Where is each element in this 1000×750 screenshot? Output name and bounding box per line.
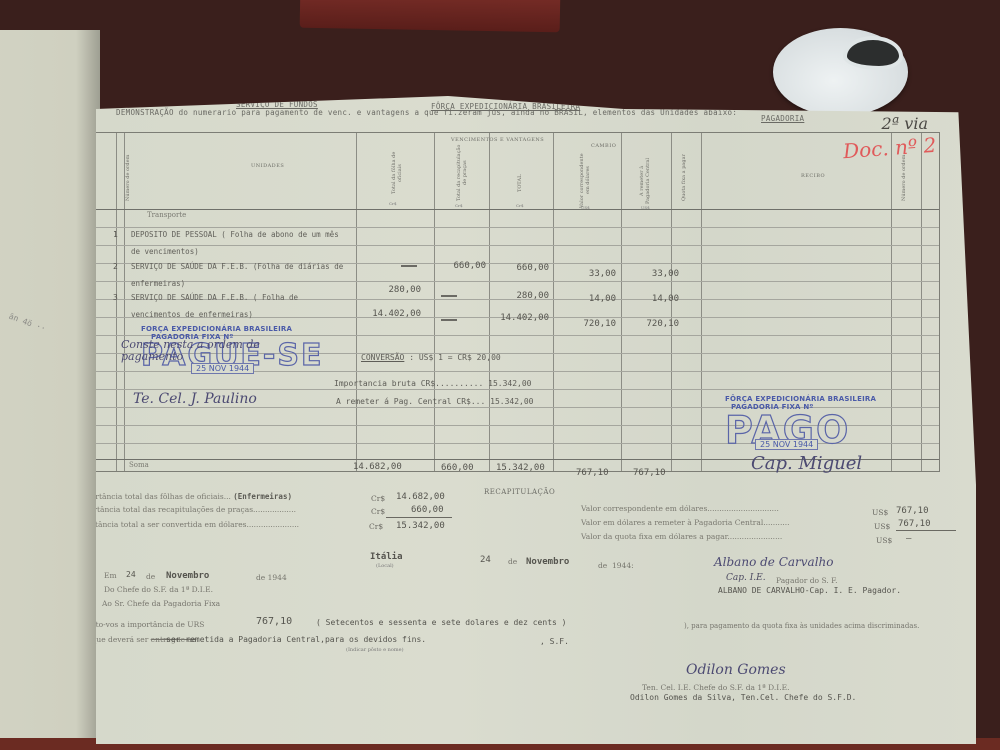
transporte-label: Transporte [147,211,186,219]
recap-oficiais-value: 14.682,00 [396,492,445,502]
header-total-pracas: Total da recapitulação de praças [456,143,468,203]
payment-table: VENCIMENTOS E VANTAGENS CAMBIO Número de… [60,132,940,472]
desk-cable-grommet [773,28,908,116]
soma-oficiais: 14.682,00 [353,462,402,472]
cell-remeter: 720,10 [609,319,679,329]
requisition-line2-end: , S.F. [540,637,569,646]
header-servico-fundos: SERVIÇO DE FUNDOS [236,100,318,109]
soma-pracas: 660,00 [441,463,474,473]
header-forca-expedicionaria: FÔRÇA EXPEDICIONÁRIA BRASILEIRA [431,102,580,111]
currency-label: Cr$ [455,203,463,208]
remeter-central-label: A remeter á Pag. Central CR$... [336,397,485,406]
recap-label: Importância total das fôlhas de oficiais… [76,492,231,501]
pago-stamp: FÔRÇA EXPEDICIONÁRIA BRASILEIRA PAGADORI… [725,395,876,449]
currency-label: Cr$ [389,201,397,206]
row-number: 2 [113,262,118,271]
stamp-org: FORÇA EXPEDICIONÁRIA BRASILEIRA [141,325,323,333]
chefe-typed-name: Odilon Gomes da Silva, Ten.Cel. Chefe do… [630,693,856,702]
recap-currency: Cr$ [369,522,383,531]
pagador-typed-name: ALBANO DE CARVALHO-Cap. I. E. Pagador. [718,586,901,595]
recap-fill: (Enfermeiras) [233,492,292,501]
grommet-opening [843,36,903,70]
cell-dolares: 33,00 [546,269,616,279]
memo-de: de [146,572,155,581]
row-description: SERVIÇO DE SAÚDE DA F.E.B. (Folha de diá… [131,258,346,292]
date-year: 1944: [612,561,634,570]
stamp-date: 25 NOV 1944 [755,439,818,450]
memo-day: 24 [126,570,136,579]
date-month: Novembro [526,557,569,567]
recap-valor-dolares-label: Valor correspondente em dólares.........… [581,504,779,513]
pagador-title: Pagador do S. F. [776,576,838,585]
signature-left: Te. Cel. J. Paulino [133,391,257,407]
requisition-amount-words: ( Setecentos e sessenta e sete dolares e… [316,618,566,627]
pagador-signature: Albano de Carvalho [714,555,834,569]
pagador-rank: Cap. I.E. [726,573,766,583]
conversion-rate: CONVERSÃO : US$ 1 = CR$ 20,00 [361,353,501,362]
requisition-amount: 767,10 [256,616,292,627]
cell-remeter: 14,00 [609,294,679,304]
requisition-suffix: ), para pagamento da quota fixa às unida… [684,622,919,630]
header-total: TOTAL [517,163,523,203]
header-unidades: UNIDADES [251,163,284,169]
conversion-label: CONVERSÃO [361,353,404,362]
red-book-on-desk [300,0,561,32]
empty-value-dash [401,265,417,267]
faded-page-marking: ān 4ö ·· [8,312,47,334]
stamp-org: FÔRÇA EXPEDICIONÁRIA BRASILEIRA [725,395,876,403]
recap-pracas-label: Importância total das recapitulações de … [74,505,296,514]
sum-underline [896,530,956,531]
header-remeter-central: A remeter à Pagadoria Central [639,153,651,208]
recap-remeter-value: 767,10 [898,519,931,529]
requisition-line2-typed: ser remetida a Pagadoria Central,para os… [166,635,426,644]
memo-to: Ao Sr. Chefe da Pagadoria Fixa [102,599,220,608]
memo-year: de 1944 [256,573,287,582]
soma-dolares: 767,10 [576,468,609,478]
importancia-bruta-label: Importancia bruta CR$.......... [334,379,483,388]
empty-value-dash [441,319,457,321]
header-numero-ordem-right: Número de ordem [901,153,907,203]
recap-convertida-label: Importância total a ser convertida em dó… [72,520,299,529]
header-quota-fixa: Quota fixa a pagar [681,153,687,203]
recap-remeter-label: Valor em dólares a remeter à Pagadoria C… [581,518,789,527]
soma-remeter: 767,10 [633,468,666,478]
cell-oficiais: 280,00 [351,285,421,295]
row-description: DEPOSITO DE PESSOAL ( Folha de abono de … [131,226,346,260]
recap-pracas-value: 660,00 [411,505,444,515]
chefe-signature: Odilon Gomes [686,662,786,678]
cell-pracas: 660,00 [416,261,486,271]
row-description: SERVIÇO DE SAÚDE DA F.E.B. ( Folha de ve… [131,289,346,323]
recap-quota-value: — [906,534,911,544]
payment-document: DEMONSTRAÇÃO do numerario para pagamento… [96,96,976,744]
memo-em: Em [104,571,117,580]
importancia-bruta-value: 15.342,00 [488,379,531,388]
handwritten-note: Conste nesta a ordem de pagamento [121,339,301,363]
chefe-title: Ten. Cel. I.E. Chefe do S.F. da 1ª D.I.E… [642,683,789,692]
cell-total: 280,00 [479,291,549,301]
date-day: 24 [480,555,491,565]
header-cambio: CAMBIO [591,143,616,149]
cell-dolares: 14,00 [546,294,616,304]
soma-label: Soma [129,461,149,469]
recap-currency: Cr$ [371,494,385,503]
recap-currency: US$ [876,536,892,545]
recap-quota-label: Valor da quota fixa em dólares a pagar..… [581,532,782,541]
conversion-value: : US$ 1 = CR$ 20,00 [409,353,501,362]
recap-valor-dolares-value: 767,10 [896,506,929,516]
header-recibo: RECIBO [801,173,825,179]
row-number: 3 [113,293,118,302]
stamp-date: 25 NOV 1944 [191,363,254,374]
recap-convertida-value: 15.342,00 [396,521,445,531]
header-numero-ordem: Número de ordem [125,153,131,203]
recap-currency: US$ [872,508,888,517]
importancia-bruta: Importancia bruta CR$.......... 15.342,0… [334,379,532,388]
header-total-oficiais: Total da fôlha de oficiais [391,143,403,203]
left-book-page: ān 4ö ·· [0,30,100,750]
soma-total: 15.342,00 [496,463,545,473]
recap-title: RECAPITULAÇÃO [484,488,555,496]
place-caption: (Local) [376,563,394,569]
cell-remeter: 33,00 [609,269,679,279]
date-de: de [508,557,517,566]
place-local: Itália [370,552,403,562]
signature-right: Cap. Miguel [751,453,862,474]
cell-total: 14.402,00 [479,313,549,323]
currency-label: Cr$ [516,203,524,208]
cell-dolares: 720,10 [546,319,616,329]
memo-from: Do Chefe do S.F. da 1ª D.I.E. [104,585,213,594]
recap-currency: Cr$ [371,507,385,516]
recap-oficiais-label: Importância total das fôlhas de oficiais… [76,492,292,501]
header-pagadoria: PAGADORIA [761,114,804,123]
currency-label: US$ [641,205,650,210]
remeter-central: A remeter á Pag. Central CR$... 15.342,0… [336,397,534,406]
currency-label: US$ [581,205,590,210]
header-demonstracao: DEMONSTRAÇÃO do numerario para pagamento… [116,108,737,117]
cell-total: 660,00 [479,263,549,273]
second-copy-label: 2ª via [881,114,928,133]
empty-value-dash [441,295,457,297]
date-de: de [598,561,607,570]
remeter-central-value: 15.342,00 [490,397,533,406]
recap-currency: US$ [874,522,890,531]
row-number: 1 [113,230,118,239]
cell-oficiais: 14.402,00 [351,309,421,319]
sum-underline [386,517,452,518]
header-valor-dolares: Valor correspondente em dólares [579,153,591,208]
memo-month: Novembro [166,571,209,581]
requisition-caption: (Indicar pôsto e nome) [346,647,404,653]
